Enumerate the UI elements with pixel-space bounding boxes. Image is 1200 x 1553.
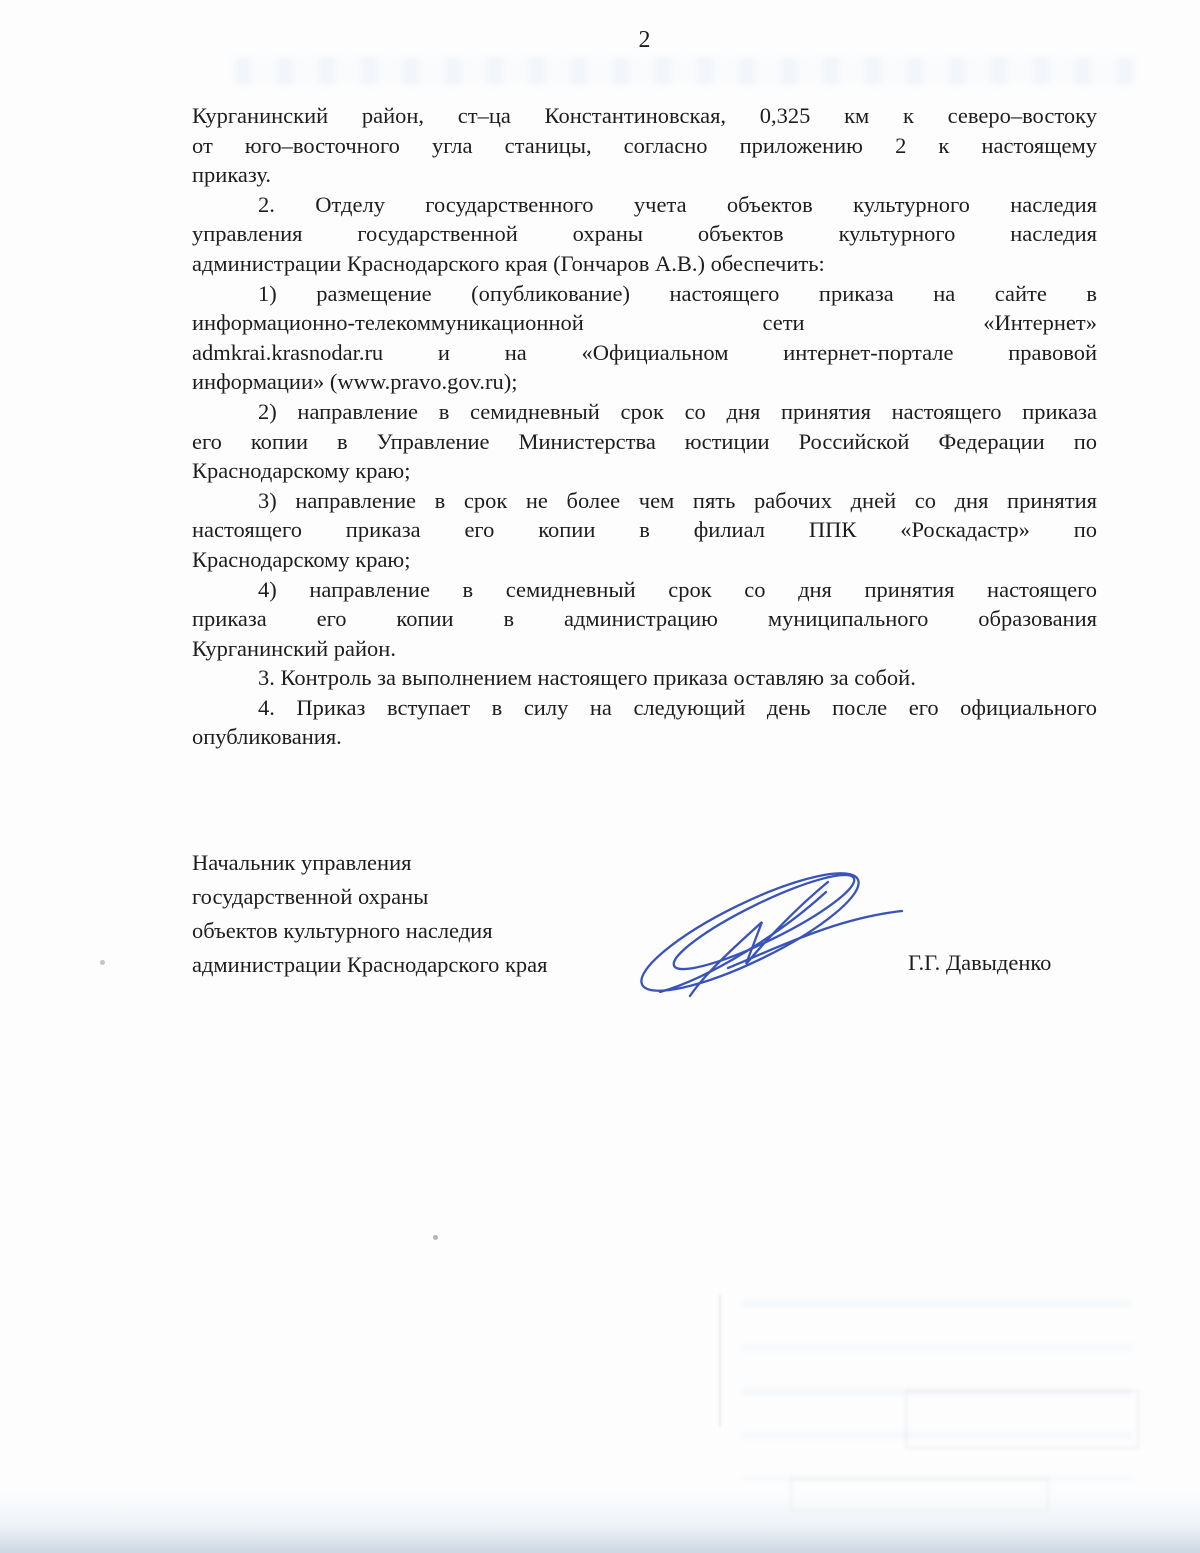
paragraph-item-3: 3. Контроль за выполнением настоящего пр… <box>192 663 1097 693</box>
paragraph-subitem-2-1: 1) размещение (опубликование) настоящего… <box>192 279 1097 397</box>
paragraph-subitem-2-3: 3) направление в срок не более чем пять … <box>192 486 1097 575</box>
text-line: информации» (www.pravo.gov.ru); <box>192 367 1097 397</box>
text-line: Курганинский район, ст–ца Константиновск… <box>192 101 1097 131</box>
text-line: приказу. <box>192 160 1097 190</box>
paragraph-subitem-2-4: 4) направление в семидневный срок со дня… <box>192 575 1097 664</box>
text-line: настоящего приказа его копии в филиал ПП… <box>192 515 1097 545</box>
bleed-through-box <box>905 1390 1139 1449</box>
text-line: от юго–восточного угла станицы, согласно… <box>192 131 1097 161</box>
signer-name: Г.Г. Давыденко <box>908 946 1051 980</box>
paragraph-item-2: 2. Отделу государственного учета объекто… <box>192 190 1097 279</box>
scan-speck <box>100 960 105 965</box>
text-line: опубликования. <box>192 722 1097 752</box>
signature-strokes <box>629 854 902 1004</box>
text-line: 4) направление в семидневный срок со дня… <box>192 575 1097 605</box>
text-line: 3. Контроль за выполнением настоящего пр… <box>192 663 1097 693</box>
text-line: информационно-телекоммуникационной сети … <box>192 308 1097 338</box>
scan-speck <box>433 1235 438 1240</box>
text-line: его копии в Управление Министерства юсти… <box>192 427 1097 457</box>
text-line: 2) направление в семидневный срок со дня… <box>192 397 1097 427</box>
text-line: 2. Отделу государственного учета объекто… <box>192 190 1097 220</box>
text-line: управления государственной охраны объект… <box>192 219 1097 249</box>
text-line: 1) размещение (опубликование) настоящего… <box>192 279 1097 309</box>
bleed-through-line <box>719 1295 721 1427</box>
text-line: 3) направление в срок не более чем пять … <box>192 486 1097 516</box>
text-line: 4. Приказ вступает в силу на следующий д… <box>192 693 1097 723</box>
text-line: Краснодарскому краю; <box>192 456 1097 486</box>
text-line: Курганинский район. <box>192 634 1097 664</box>
text-line: admkrai.krasnodar.ru и на «Официальном и… <box>192 338 1097 368</box>
bleed-through-band <box>235 57 1135 85</box>
page-number: 2 <box>192 26 1097 54</box>
signature-ink <box>628 854 918 1004</box>
text-line: администрации Краснодарского края (Гонча… <box>192 249 1097 279</box>
paragraph-subitem-2-2: 2) направление в семидневный срок со дня… <box>192 397 1097 486</box>
text-line: приказа его копии в администрацию муници… <box>192 604 1097 634</box>
text-line: Краснодарскому краю; <box>192 545 1097 575</box>
document-body: Курганинский район, ст–ца Константиновск… <box>192 101 1097 752</box>
scan-edge-shadow <box>0 1493 1200 1553</box>
paragraph-continuation: Курганинский район, ст–ца Константиновск… <box>192 101 1097 190</box>
paragraph-item-4: 4. Приказ вступает в силу на следующий д… <box>192 693 1097 752</box>
scanned-document-page: 2 Курганинский район, ст–ца Константинов… <box>0 0 1200 1553</box>
